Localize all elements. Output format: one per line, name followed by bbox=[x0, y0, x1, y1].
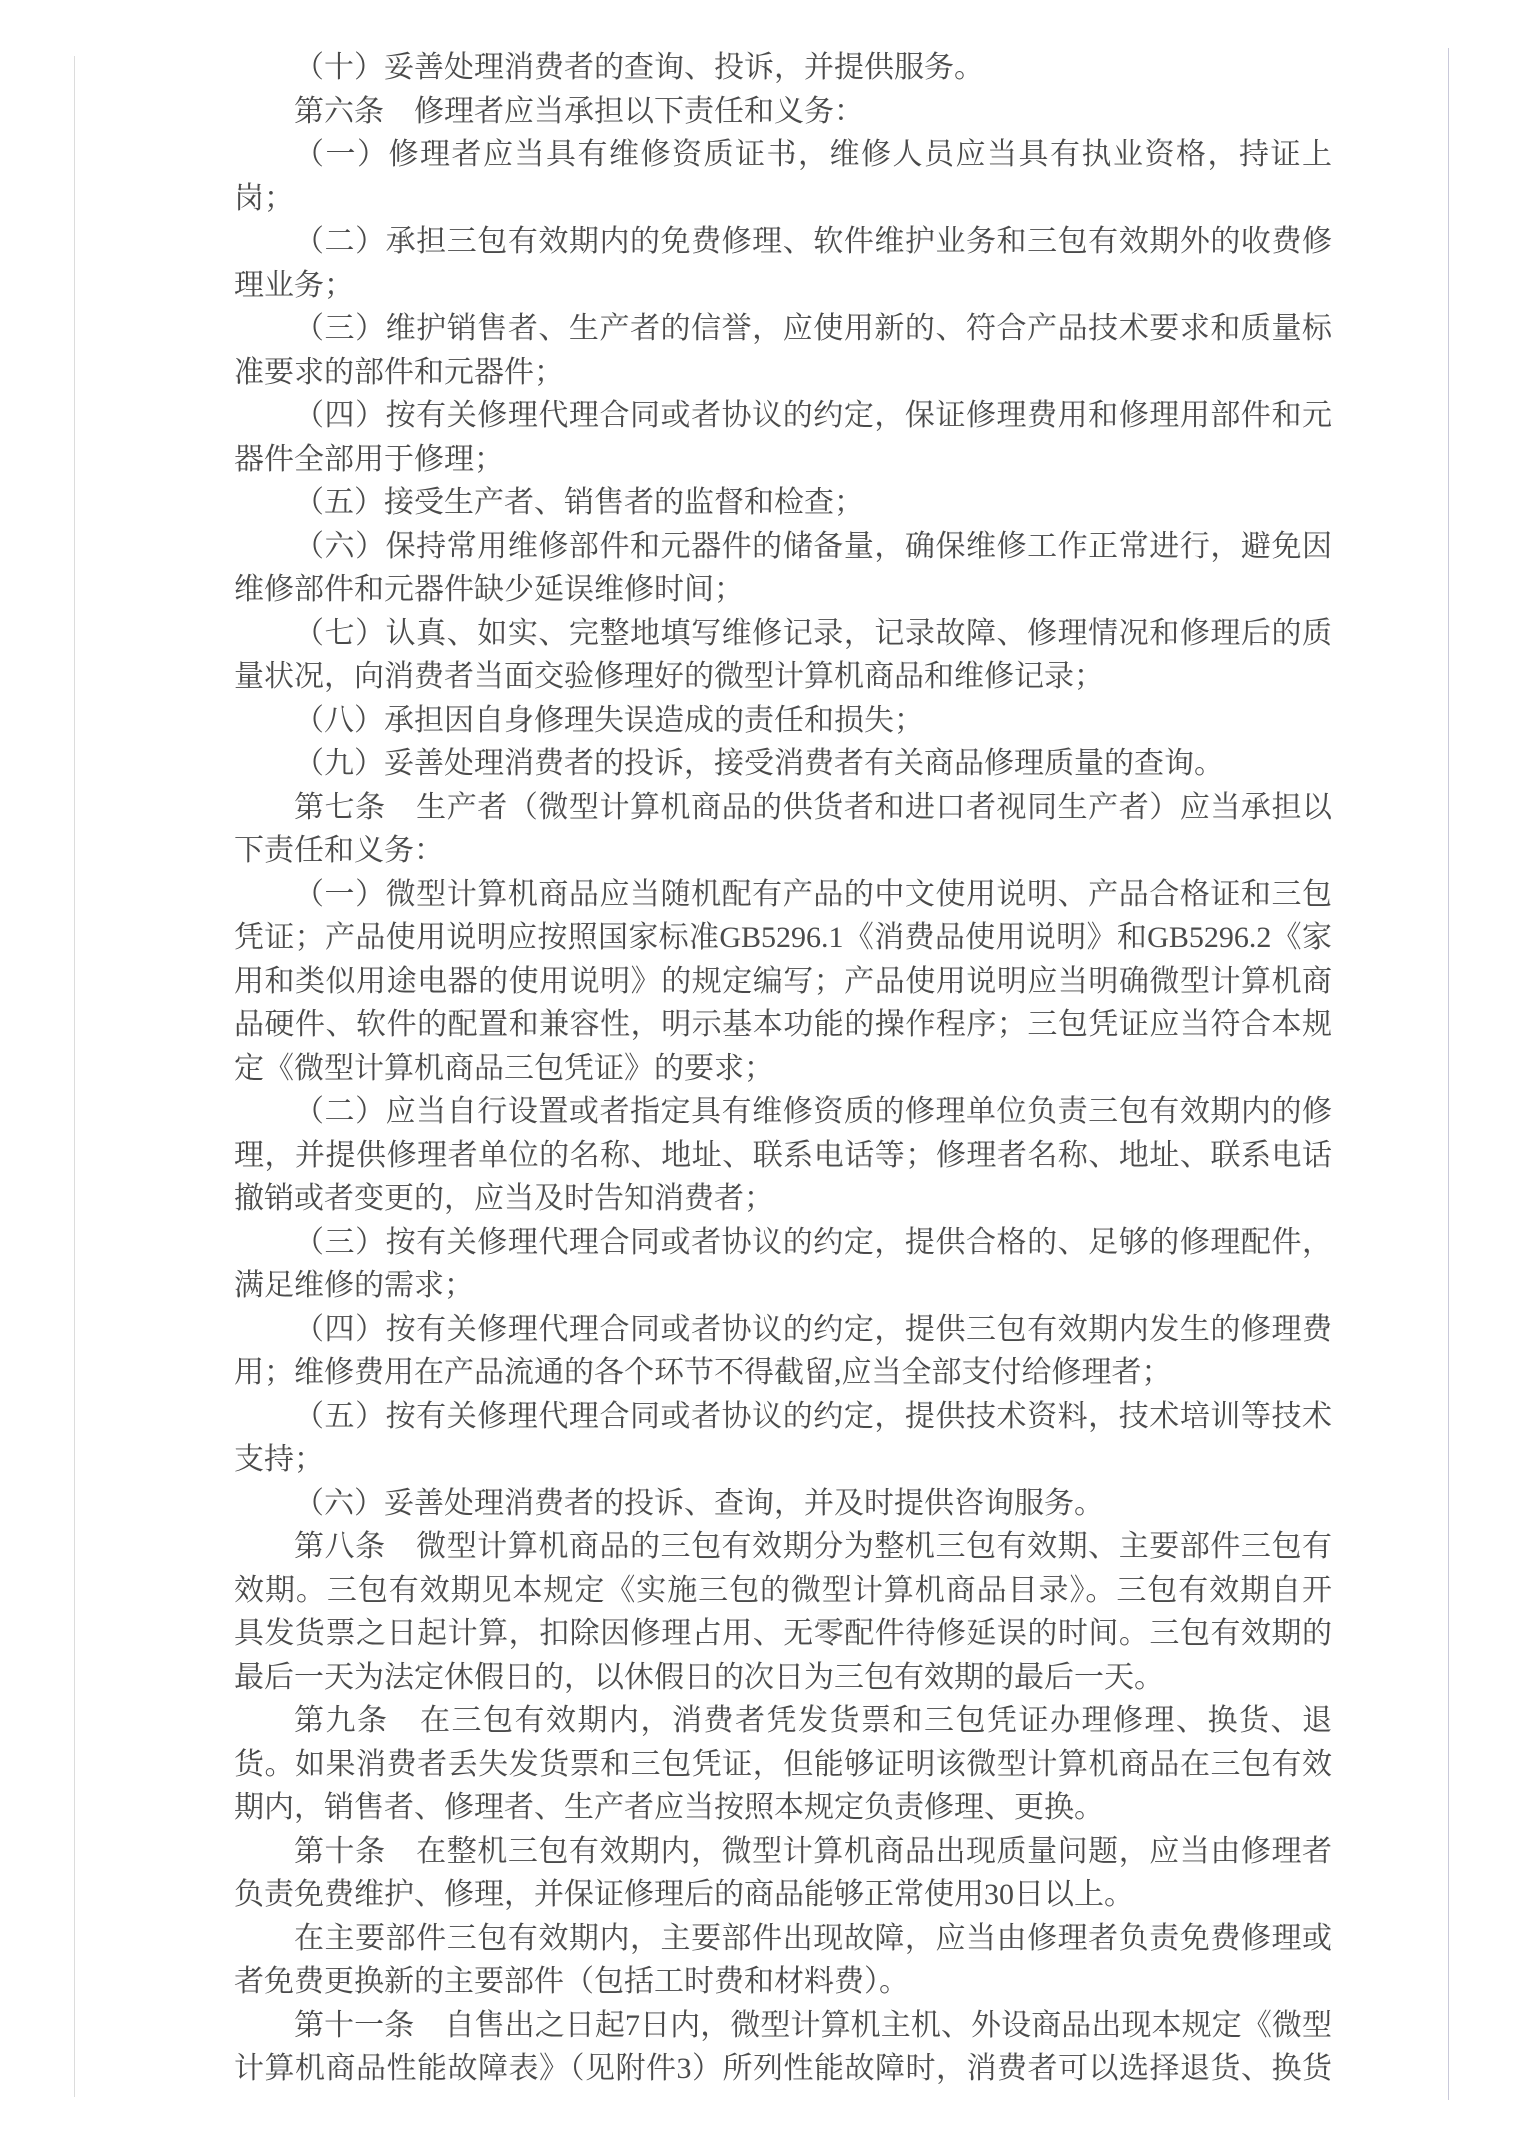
text-line: 第八条 微型计算机商品的三包有效期分为整机三包有效期、主要部件三包有 bbox=[234, 1525, 1332, 1569]
text-line: 用和类似用途电器的使用说明》的规定编写；产品使用说明应当明确微型计算机商 bbox=[234, 960, 1332, 1004]
text-line: 准要求的部件和元器件； bbox=[234, 351, 1332, 395]
text-line: 最后一天为法定休假日的，以休假日的次日为三包有效期的最后一天。 bbox=[234, 1656, 1332, 1700]
text-line: 效期。三包有效期见本规定《实施三包的微型计算机商品目录》。三包有效期自开 bbox=[234, 1569, 1332, 1613]
text-line: 用；维修费用在产品流通的各个环节不得截留,应当全部支付给修理者； bbox=[234, 1351, 1332, 1395]
text-line: 器件全部用于修理； bbox=[234, 438, 1332, 482]
text-line: （一）微型计算机商品应当随机配有产品的中文使用说明、产品合格证和三包 bbox=[234, 873, 1332, 917]
text-line: 岗； bbox=[234, 177, 1332, 221]
text-line: （二）应当自行设置或者指定具有维修资质的修理单位负责三包有效期内的修 bbox=[234, 1090, 1332, 1134]
text-line: 量状况，向消费者当面交验修理好的微型计算机商品和维修记录； bbox=[234, 655, 1332, 699]
text-line: 撤销或者变更的，应当及时告知消费者； bbox=[234, 1177, 1332, 1221]
page-left-edge bbox=[74, 56, 75, 2097]
text-line: （六）保持常用维修部件和元器件的储备量，确保维修工作正常进行，避免因 bbox=[234, 525, 1332, 569]
text-line: （二）承担三包有效期内的免费修理、软件维护业务和三包有效期外的收费修 bbox=[234, 220, 1332, 264]
text-line: （三）按有关修理代理合同或者协议的约定，提供合格的、足够的修理配件， bbox=[234, 1221, 1332, 1265]
text-line: 下责任和义务： bbox=[234, 829, 1332, 873]
text-line: （四）按有关修理代理合同或者协议的约定，保证修理费用和修理用部件和元 bbox=[234, 394, 1332, 438]
text-line: 支持； bbox=[234, 1438, 1332, 1482]
text-line: 理，并提供修理者单位的名称、地址、联系电话等；修理者名称、地址、联系电话 bbox=[234, 1134, 1332, 1178]
text-line: （三）维护销售者、生产者的信誉，应使用新的、符合产品技术要求和质量标 bbox=[234, 307, 1332, 351]
text-line: （一）修理者应当具有维修资质证书，维修人员应当具有执业资格，持证上 bbox=[234, 133, 1332, 177]
text-line: 负责免费维护、修理，并保证修理后的商品能够正常使用30日以上。 bbox=[234, 1873, 1332, 1917]
text-line: （十）妥善处理消费者的查询、投诉，并提供服务。 bbox=[234, 46, 1332, 90]
text-line: （六）妥善处理消费者的投诉、查询，并及时提供咨询服务。 bbox=[234, 1482, 1332, 1526]
text-line: 满足维修的需求； bbox=[234, 1264, 1332, 1308]
text-line: 计算机商品性能故障表》（见附件3）所列性能故障时，消费者可以选择退货、换货 bbox=[234, 2047, 1332, 2091]
text-line: 第六条 修理者应当承担以下责任和义务： bbox=[234, 90, 1332, 134]
text-line: （九）妥善处理消费者的投诉，接受消费者有关商品修理质量的查询。 bbox=[234, 742, 1332, 786]
text-line: 期内，销售者、修理者、生产者应当按照本规定负责修理、更换。 bbox=[234, 1786, 1332, 1830]
text-line: （四）按有关修理代理合同或者协议的约定，提供三包有效期内发生的修理费 bbox=[234, 1308, 1332, 1352]
text-line: （五）按有关修理代理合同或者协议的约定，提供技术资料，技术培训等技术 bbox=[234, 1395, 1332, 1439]
text-line: 者免费更换新的主要部件（包括工时费和材料费）。 bbox=[234, 1960, 1332, 2004]
text-line: 具发货票之日起计算，扣除因修理占用、无零配件待修延误的时间。三包有效期的 bbox=[234, 1612, 1332, 1656]
page-right-edge bbox=[1448, 48, 1449, 2100]
text-line: 凭证；产品使用说明应按照国家标准GB5296.1《消费品使用说明》和GB5296… bbox=[234, 916, 1332, 960]
document-page: （十）妥善处理消费者的查询、投诉，并提供服务。第六条 修理者应当承担以下责任和义… bbox=[0, 0, 1520, 2150]
text-line: （八）承担因自身修理失误造成的责任和损失； bbox=[234, 699, 1332, 743]
text-line: 在主要部件三包有效期内，主要部件出现故障，应当由修理者负责免费修理或 bbox=[234, 1917, 1332, 1961]
text-line: （五）接受生产者、销售者的监督和检查； bbox=[234, 481, 1332, 525]
text-line: 第十条 在整机三包有效期内，微型计算机商品出现质量问题，应当由修理者 bbox=[234, 1830, 1332, 1874]
text-line: 品硬件、软件的配置和兼容性，明示基本功能的操作程序；三包凭证应当符合本规 bbox=[234, 1003, 1332, 1047]
text-line: 货。如果消费者丢失发货票和三包凭证，但能够证明该微型计算机商品在三包有效 bbox=[234, 1743, 1332, 1787]
text-line: 第十一条 自售出之日起7日内，微型计算机主机、外设商品出现本规定《微型 bbox=[234, 2004, 1332, 2048]
text-line: 定《微型计算机商品三包凭证》的要求； bbox=[234, 1047, 1332, 1091]
text-line: 维修部件和元器件缺少延误维修时间； bbox=[234, 568, 1332, 612]
text-line: 第七条 生产者（微型计算机商品的供货者和进口者视同生产者）应当承担以 bbox=[234, 786, 1332, 830]
text-line: （七）认真、如实、完整地填写维修记录，记录故障、修理情况和修理后的质 bbox=[234, 612, 1332, 656]
text-line: 第九条 在三包有效期内，消费者凭发货票和三包凭证办理修理、换货、退 bbox=[234, 1699, 1332, 1743]
document-text: （十）妥善处理消费者的查询、投诉，并提供服务。第六条 修理者应当承担以下责任和义… bbox=[234, 46, 1332, 2091]
text-line: 理业务； bbox=[234, 264, 1332, 308]
